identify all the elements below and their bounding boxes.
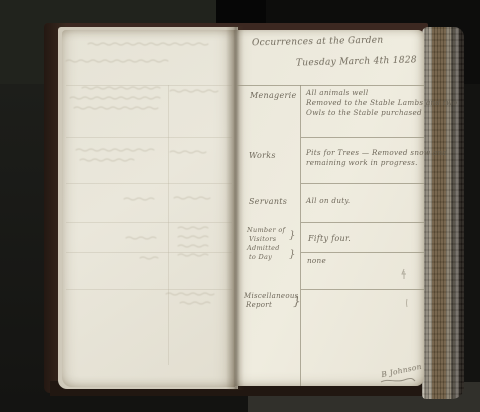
ghost-rule [66,289,232,290]
menagerie-entry-line: Owls to the Stable purchased [306,108,422,118]
table-rule-row2 [301,183,424,184]
ghost-rule [66,252,232,253]
visitors-label-line: to Day [249,253,272,262]
misc-report-label-line: Report [246,301,272,311]
stray-pen-mark [404,298,410,308]
visitors-label-line: Visitors [249,235,276,244]
visitors-bracket: } [289,249,296,260]
visitors-bracket: } [289,230,296,241]
ghost-rule [66,85,232,86]
table-rule-row3 [301,222,424,223]
row-label-works: Works [249,151,276,160]
stray-pen-mark [400,268,408,280]
row-label-menagerie: Menagerie [250,91,297,100]
ghost-rule [66,137,232,138]
left-page [62,30,235,387]
misc-report-bracket: } [293,294,301,308]
menagerie-entry-line: All animals well [306,88,368,98]
menagerie-entry-line: Removed to the Stable Lambs and two [306,98,457,108]
table-rule-top [237,85,424,86]
right-page [235,30,424,386]
visitors-label-line: Admitted [247,244,280,253]
signature-flourish [380,377,416,384]
gutter-shadow [226,26,244,390]
show-through-writing [62,30,235,387]
table-rule-row4 [301,252,424,253]
ghost-rule-vertical [168,85,169,365]
journal-photograph: Occurrences at the Garden Tuesday March … [0,0,480,412]
visitors-label-line: Number of [247,226,285,235]
row-label-servants: Servants [249,197,287,206]
visitors-count-admitted: Fifty four. [308,234,351,244]
table-rule-divider [300,85,301,386]
works-entry-line: Pits for Trees — Removed snow and [306,148,447,158]
book-fore-edge-pages [422,27,464,399]
table-rule-row1 [301,137,424,138]
ghost-rule [66,183,232,184]
backdrop-left-band [0,84,50,412]
table-rule-row5 [301,289,424,290]
visitors-count-none: none [307,256,326,266]
ghost-rule [66,222,232,223]
works-entry-line: remaining work in progress. [306,158,418,168]
servants-entry-line: All on duty. [306,196,350,206]
